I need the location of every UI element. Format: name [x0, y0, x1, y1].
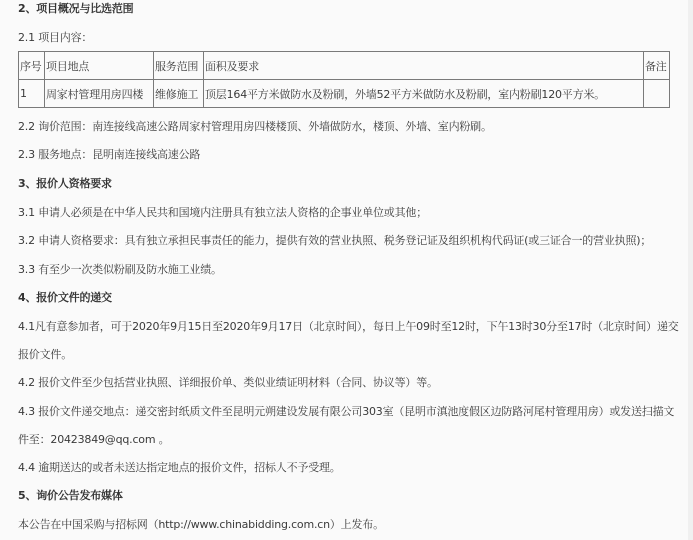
section-3-3-text: 3.3 有至少一次类似粉刷及防水施工业绩。 [18, 263, 222, 277]
section-3-heading: 3、报价人资格要求 [18, 177, 112, 191]
section-5-1-text: 本公告在中国采购与招标网（http://www.chinabidding.com… [18, 518, 384, 532]
section-4-4-text: 4.4 逾期送达的或者未送达指定地点的报价文件，招标人不予受理。 [18, 461, 341, 475]
section-2-1-label: 2.1 项目内容： [18, 31, 92, 45]
section-2-3-text: 2.3 服务地点：昆明南连接线高速公路 [18, 148, 200, 162]
section-4-1-text-line1: 4.1凡有意参加者，可于2020年9月15日至2020年9月17日（北京时间），… [18, 320, 679, 334]
table-header-cell: 备注 [644, 52, 670, 80]
section-4-heading: 4、报价文件的递交 [18, 291, 112, 305]
table-cell: 顶层164平方米做防水及粉刷，外墙52平方米做防水及粉刷，室内粉刷120平方米。 [204, 80, 644, 108]
table-header-cell: 序号 [19, 52, 45, 80]
section-2-2-text: 2.2 询价范围：南连接线高速公路周家村管理用房四楼楼顶、外墙做防水，楼顶、外墙… [18, 120, 492, 134]
table-cell: 1 [19, 80, 45, 108]
project-items-table: 序号 项目地点 服务范围 面积及要求 备注 1 周家村管理用房四楼 维修施工 顶… [18, 51, 670, 108]
table-cell: 维修施工 [154, 80, 204, 108]
section-4-3-text-line2: 件至：20423849@qq.com 。 [18, 433, 169, 447]
table-header-cell: 面积及要求 [204, 52, 644, 80]
scrollbar-track[interactable] [688, 0, 693, 540]
table-row: 1 周家村管理用房四楼 维修施工 顶层164平方米做防水及粉刷，外墙52平方米做… [19, 80, 670, 108]
section-3-2-text: 3.2 申请人资格要求：具有独立承担民事责任的能力，提供有效的营业执照、税务登记… [18, 234, 651, 248]
section-2-heading: 2、项目概况与比选范围 [18, 2, 133, 16]
table-header-cell: 项目地点 [45, 52, 154, 80]
table-cell [644, 80, 670, 108]
section-5-heading: 5、询价公告发布媒体 [18, 489, 123, 503]
section-4-3-text-line1: 4.3 报价文件递交地点：递交密封纸质文件至昆明元朔建设发展有限公司303室（昆… [18, 405, 674, 419]
table-cell: 周家村管理用房四楼 [45, 80, 154, 108]
section-3-1-text: 3.1 申请人必须是在中华人民共和国境内注册具有独立法人资格的企事业单位或其他； [18, 206, 427, 220]
table-header-row: 序号 项目地点 服务范围 面积及要求 备注 [19, 52, 670, 80]
section-4-1-text-line2: 报价文件。 [18, 348, 72, 362]
table-header-cell: 服务范围 [154, 52, 204, 80]
section-4-2-text: 4.2 报价文件至少包括营业执照、详细报价单、类似业绩证明材料（合同、协议等）等… [18, 376, 438, 390]
